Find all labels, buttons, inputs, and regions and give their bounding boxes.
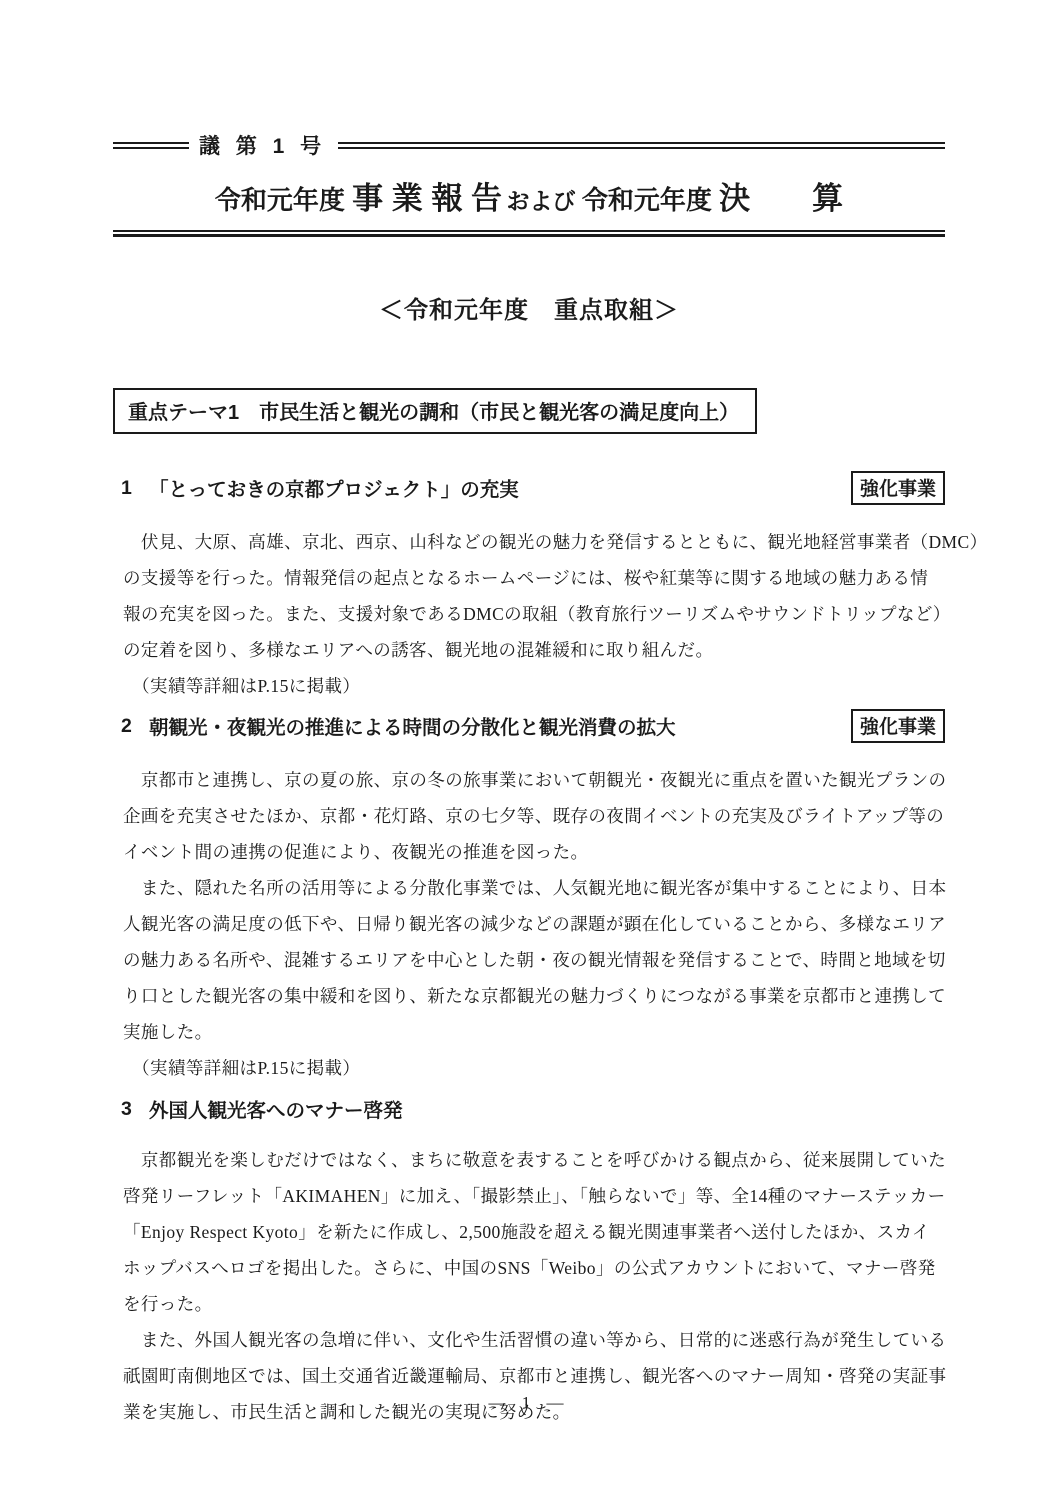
section-body: 伏見、大原、高雄、京北、西京、山科などの観光の魅力を発信するとともに、観光地経営… bbox=[113, 524, 945, 704]
document-title: 令和元年度 事 業 報 告 および 令和元年度 決 算 bbox=[113, 173, 945, 218]
text-line: 報の充実を図った。また、支援対象であるDMCの取組（教育旅行ツーリズムやサウンド… bbox=[123, 596, 943, 632]
section-heading: 2 朝観光・夜観光の推進による時間の分散化と観光消費の拡大 強化事業 bbox=[113, 709, 945, 743]
section-number: 1 bbox=[113, 477, 149, 500]
text-line: の定着を図り、多様なエリアへの誘客、観光地の混雑緩和に取り組んだ。 bbox=[123, 632, 943, 668]
text-line: の支援等を行った。情報発信の起点となるホームページには、桜や紅葉等に関する地域の… bbox=[123, 560, 943, 596]
title-era-1: 令和元年度 bbox=[215, 185, 352, 215]
section-body: 京都観光を楽しむだけではなく、まちに敬意を表することを呼びかける観点から、従来展… bbox=[113, 1142, 945, 1430]
report-section: 2 朝観光・夜観光の推進による時間の分散化と観光消費の拡大 強化事業 京都市と連… bbox=[113, 709, 945, 1086]
text-line: を行った。 bbox=[123, 1286, 943, 1322]
section-title: 朝観光・夜観光の推進による時間の分散化と観光消費の拡大 bbox=[149, 712, 851, 740]
text-line: り口とした観光客の集中緩和を図り、新たな京都観光の魅力づくりにつながる事業を京都… bbox=[123, 978, 943, 1014]
section-body: 京都市と連携し、京の夏の旅、京の冬の旅事業において朝観光・夜観光に重点を置いた観… bbox=[113, 762, 945, 1086]
text-line: 「Enjoy Respect Kyoto」を新たに作成し、2,500施設を超える… bbox=[123, 1214, 943, 1250]
status-badge: 強化事業 bbox=[851, 471, 945, 505]
text-line: （実績等詳細はP.15に掲載） bbox=[123, 1050, 943, 1086]
title-era-2: 令和元年度 bbox=[582, 185, 719, 215]
report-section: 3 外国人観光客へのマナー啓発 京都観光を楽しむだけではなく、まちに敬意を表する… bbox=[113, 1095, 945, 1430]
text-line: 企画を充実させたほか、京都・花灯路、京の七夕等、既存の夜間イベントの充実及びライ… bbox=[123, 798, 943, 834]
doc-number-row: 議 第 1 号 bbox=[113, 130, 945, 160]
text-line: また、隠れた名所の活用等による分散化事業では、人気観光地に観光客が集中することに… bbox=[123, 870, 943, 906]
doc-number: 議 第 1 号 bbox=[189, 130, 338, 160]
text-line: の魅力ある名所や、混雑するエリアを中心とした朝・夜の観光情報を発信することで、時… bbox=[123, 942, 943, 978]
title-main-2: 決 算 bbox=[719, 181, 843, 216]
section-title: 「とっておきの京都プロジェクト」の充実 bbox=[149, 474, 851, 502]
text-line: 京都観光を楽しむだけではなく、まちに敬意を表することを呼びかける観点から、従来展… bbox=[123, 1142, 943, 1178]
text-line: 実施した。 bbox=[123, 1014, 943, 1050]
text-line: イベント間の連携の促進により、夜観光の推進を図った。 bbox=[123, 834, 943, 870]
sections-container: 1 「とっておきの京都プロジェクト」の充実 強化事業 伏見、大原、高雄、京北、西… bbox=[113, 471, 945, 1430]
title-conjunction: および bbox=[506, 188, 581, 214]
section-number: 2 bbox=[113, 715, 149, 738]
theme-box: 重点テーマ1 市民生活と観光の調和（市民と観光客の満足度向上） bbox=[113, 388, 757, 434]
section-heading: 1 「とっておきの京都プロジェクト」の充実 強化事業 bbox=[113, 471, 945, 505]
title-underline-rule bbox=[113, 230, 945, 237]
text-line: また、外国人観光客の急増に伴い、文化や生活習慣の違い等から、日常的に迷惑行為が発… bbox=[123, 1322, 943, 1358]
text-line: 伏見、大原、高雄、京北、西京、山科などの観光の魅力を発信するとともに、観光地経営… bbox=[123, 524, 943, 560]
title-main-1: 事 業 報 告 bbox=[352, 181, 502, 216]
text-line: 啓発リーフレット「AKIMAHEN」に加え、「撮影禁止」、「触らないで」等、全1… bbox=[123, 1178, 943, 1214]
text-line: （実績等詳細はP.15に掲載） bbox=[123, 668, 943, 704]
text-line: 京都市と連携し、京の夏の旅、京の冬の旅事業において朝観光・夜観光に重点を置いた観… bbox=[123, 762, 943, 798]
section-number: 3 bbox=[113, 1098, 149, 1121]
text-line: 祇園町南側地区では、国土交通省近畿運輸局、京都市と連携し、観光客へのマナー周知・… bbox=[123, 1358, 943, 1394]
text-line: ホップバスへロゴを掲出した。さらに、中国のSNS「Weibo」の公式アカウントに… bbox=[123, 1250, 943, 1286]
double-rule-left bbox=[113, 142, 189, 149]
page-section-heading: ＜令和元年度 重点取組＞ bbox=[113, 290, 945, 325]
text-line: 人観光客の満足度の低下や、日帰り観光客の減少などの課題が顕在化していることから、… bbox=[123, 906, 943, 942]
section-heading: 3 外国人観光客へのマナー啓発 bbox=[113, 1095, 945, 1123]
double-rule-right bbox=[338, 142, 945, 149]
page-number: — 1 — bbox=[0, 1393, 1058, 1413]
report-section: 1 「とっておきの京都プロジェクト」の充実 強化事業 伏見、大原、高雄、京北、西… bbox=[113, 471, 945, 704]
document-page: 議 第 1 号 令和元年度 事 業 報 告 および 令和元年度 決 算 ＜令和元… bbox=[0, 0, 1058, 1497]
status-badge: 強化事業 bbox=[851, 709, 945, 743]
section-title: 外国人観光客へのマナー啓発 bbox=[149, 1095, 945, 1123]
